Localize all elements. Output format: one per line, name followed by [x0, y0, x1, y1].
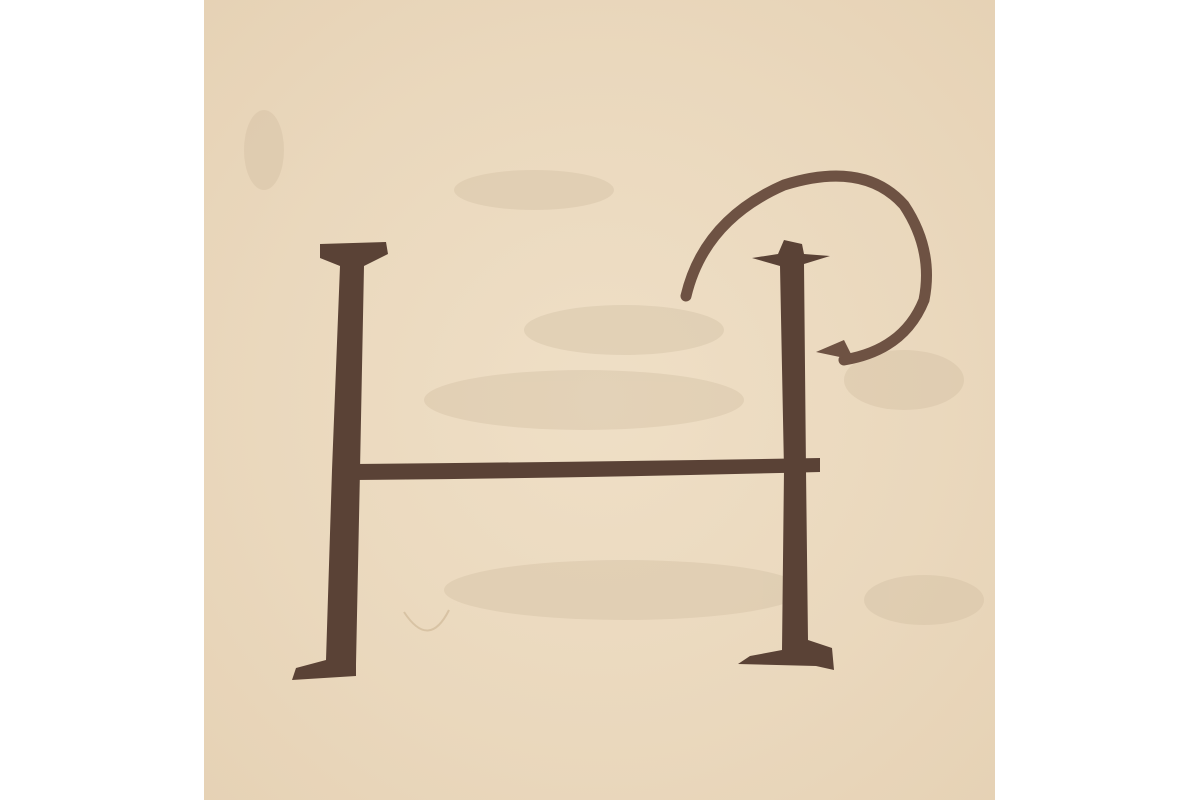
faint-stroke [404, 610, 449, 631]
curl-end [816, 340, 854, 360]
parchment-image [204, 0, 995, 800]
letter-h-drawing [204, 0, 995, 800]
